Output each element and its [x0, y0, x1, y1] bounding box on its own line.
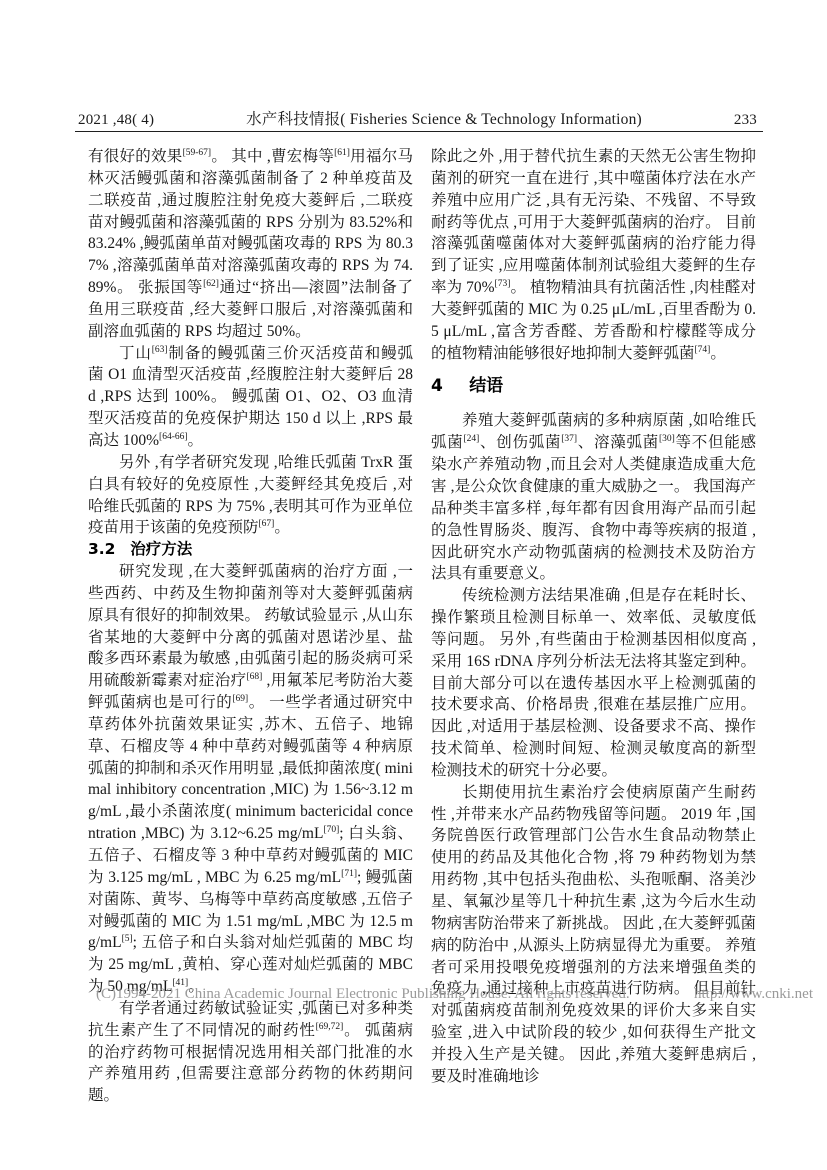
page-number: 233 [734, 112, 757, 129]
citation-ref: [69,72] [316, 1022, 344, 1032]
section-heading: 4结语 [431, 375, 756, 397]
citation-ref: [69] [232, 694, 248, 704]
citation-ref: [5] [122, 934, 133, 944]
paragraph: 养殖大菱鲆弧菌病的多种病原菌 ,如哈维氏弧菌[24]、创伤弧菌[37]、溶藻弧菌… [431, 410, 756, 585]
paragraph: 长期使用抗生素治疗会使病原菌产生耐药性 ,并带来水产品药物残留等问题。 2019… [431, 782, 756, 1088]
paragraph: 传统检测方法结果准确 ,但是存在耗时长、操作繁琐且检测目标单一、效率低、灵敏度低… [431, 585, 756, 782]
right-column: 除此之外 ,用于替代抗生素的天然无公害生物抑菌剂的研究一直在进行 ,其中噬菌体疗… [431, 146, 756, 1107]
paragraph: 研究发现 ,在大菱鲆弧菌病的治疗方面 ,一些西药、中药及生物抑菌剂等对大菱鲆弧菌… [88, 561, 413, 998]
citation-ref: [24] [463, 434, 479, 444]
section-heading: 3.2治疗方法 [88, 539, 413, 561]
paragraph: 除此之外 ,用于替代抗生素的天然无公害生物抑菌剂的研究一直在进行 ,其中噬菌体疗… [431, 146, 756, 364]
text-columns: 有很好的效果[59-67]。 其中 ,曹宏梅等[61]用福尔马林灭活鳗弧菌和溶藻… [88, 146, 757, 1107]
paragraph: 有很好的效果[59-67]。 其中 ,曹宏梅等[61]用福尔马林灭活鳗弧菌和溶藻… [88, 146, 413, 343]
header-rule [75, 131, 763, 132]
citation-ref: [62] [203, 279, 219, 289]
journal-title: 水产科技情报( Fisheries Science & Technology I… [246, 107, 642, 129]
section-number: 4 [431, 376, 443, 396]
paper-page: 2021 ,48( 4) 水产科技情报( Fisheries Science &… [0, 0, 827, 1170]
citation-ref: [63] [152, 344, 168, 354]
citation-ref: [37] [561, 434, 577, 444]
section-title: 治疗方法 [130, 540, 192, 558]
citation-ref: [61] [334, 148, 350, 158]
citation-ref: [64-66] [159, 432, 188, 442]
citation-ref: [59-67] [183, 148, 212, 158]
paragraph: 丁山[63]制备的鳗弧菌三价灭活疫苗和鳗弧菌 O1 血清型灭活疫苗 ,经腹腔注射… [88, 343, 413, 452]
issue-info: 2021 ,48( 4) [78, 112, 154, 129]
citation-ref: [70] [323, 825, 339, 835]
journal-header: 2021 ,48( 4) 水产科技情报( Fisheries Science &… [78, 107, 757, 129]
section-title: 结语 [469, 376, 503, 396]
citation-ref: [41] [172, 978, 188, 988]
left-column: 有很好的效果[59-67]。 其中 ,曹宏梅等[61]用福尔马林灭活鳗弧菌和溶藻… [88, 146, 413, 1107]
citation-ref: [68] [246, 672, 262, 682]
citation-ref: [30] [659, 434, 675, 444]
section-number: 3.2 [88, 540, 115, 558]
paragraph: 有学者通过药敏试验证实 ,弧菌已对多种类抗生素产生了不同情况的耐药性[69,72… [88, 998, 413, 1107]
citation-ref: [71] [341, 869, 357, 879]
citation-ref: [74] [695, 344, 711, 354]
citation-ref: [73] [495, 279, 511, 289]
citation-ref: [67] [259, 519, 275, 529]
paragraph: 另外 ,有学者研究发现 ,哈维氏弧菌 TrxR 蛋白具有较好的免疫原性 ,大菱鲆… [88, 452, 413, 539]
